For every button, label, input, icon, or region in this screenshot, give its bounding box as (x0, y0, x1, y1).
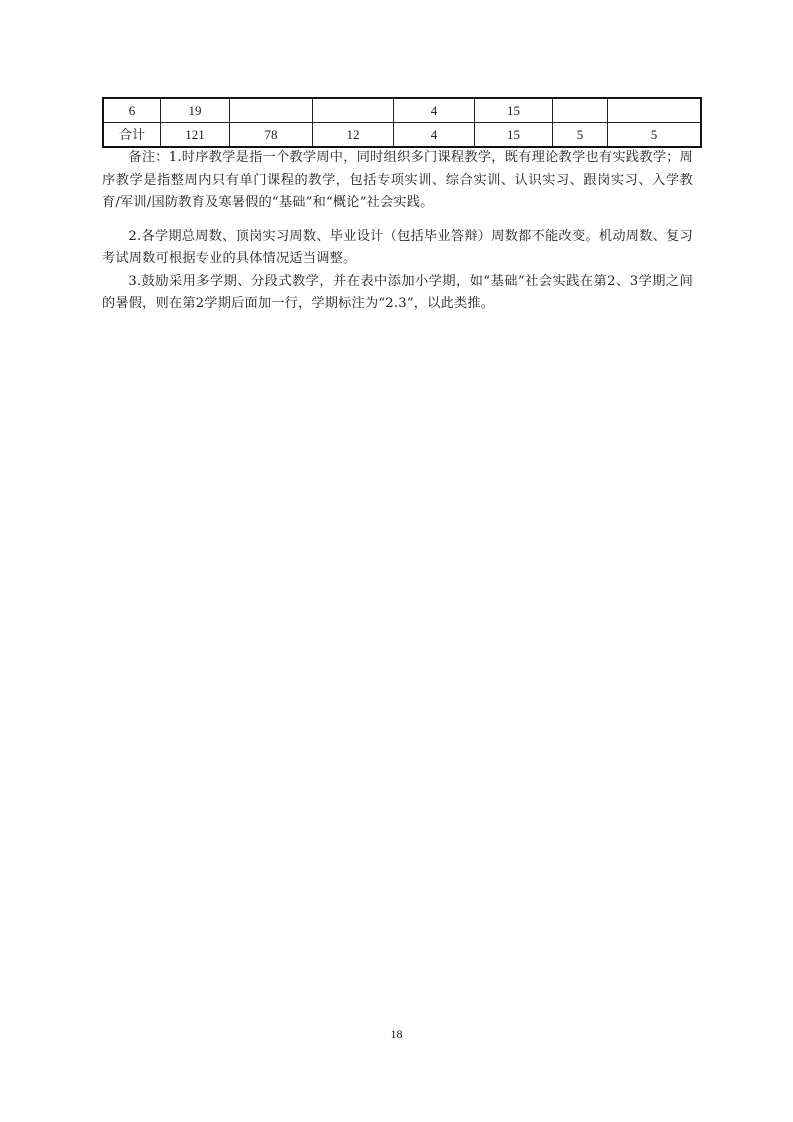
page-number: 18 (0, 1027, 793, 1042)
note-1: 备注：1.时序教学是指一个教学周中，同时组织多门课程教学，既有理论教学也有实践教… (102, 147, 693, 215)
table-cell: 4 (394, 98, 475, 123)
table-cell: 121 (161, 123, 230, 148)
table-cell: 5 (553, 123, 608, 148)
table-cell: 6 (103, 98, 161, 123)
table-cell (230, 98, 313, 123)
table-row-total: 合计 121 78 12 4 15 5 5 (103, 123, 701, 148)
note-3: 3.鼓励采用多学期、分段式教学，并在表中添加小学期，如“基础”社会实践在第2、3… (102, 271, 693, 316)
table-cell (313, 98, 394, 123)
teaching-weeks-table: 6 19 4 15 合计 121 78 12 4 15 5 5 (102, 97, 702, 148)
table-cell: 5 (608, 123, 702, 148)
table-cell (608, 98, 702, 123)
table-cell: 78 (230, 123, 313, 148)
table-cell: 4 (394, 123, 475, 148)
table-cell (553, 98, 608, 123)
table-row-semester-6: 6 19 4 15 (103, 98, 701, 123)
table-cell: 15 (475, 123, 553, 148)
table-cell: 12 (313, 123, 394, 148)
note-2: 2.各学期总周数、顶岗实习周数、毕业设计（包括毕业答辩）周数都不能改变。机动周数… (102, 226, 693, 271)
table-cell: 合计 (103, 123, 161, 148)
table-cell: 19 (161, 98, 230, 123)
notes-section: 备注：1.时序教学是指一个教学周中，同时组织多门课程教学，既有理论教学也有实践教… (102, 147, 693, 316)
table-cell: 15 (475, 98, 553, 123)
